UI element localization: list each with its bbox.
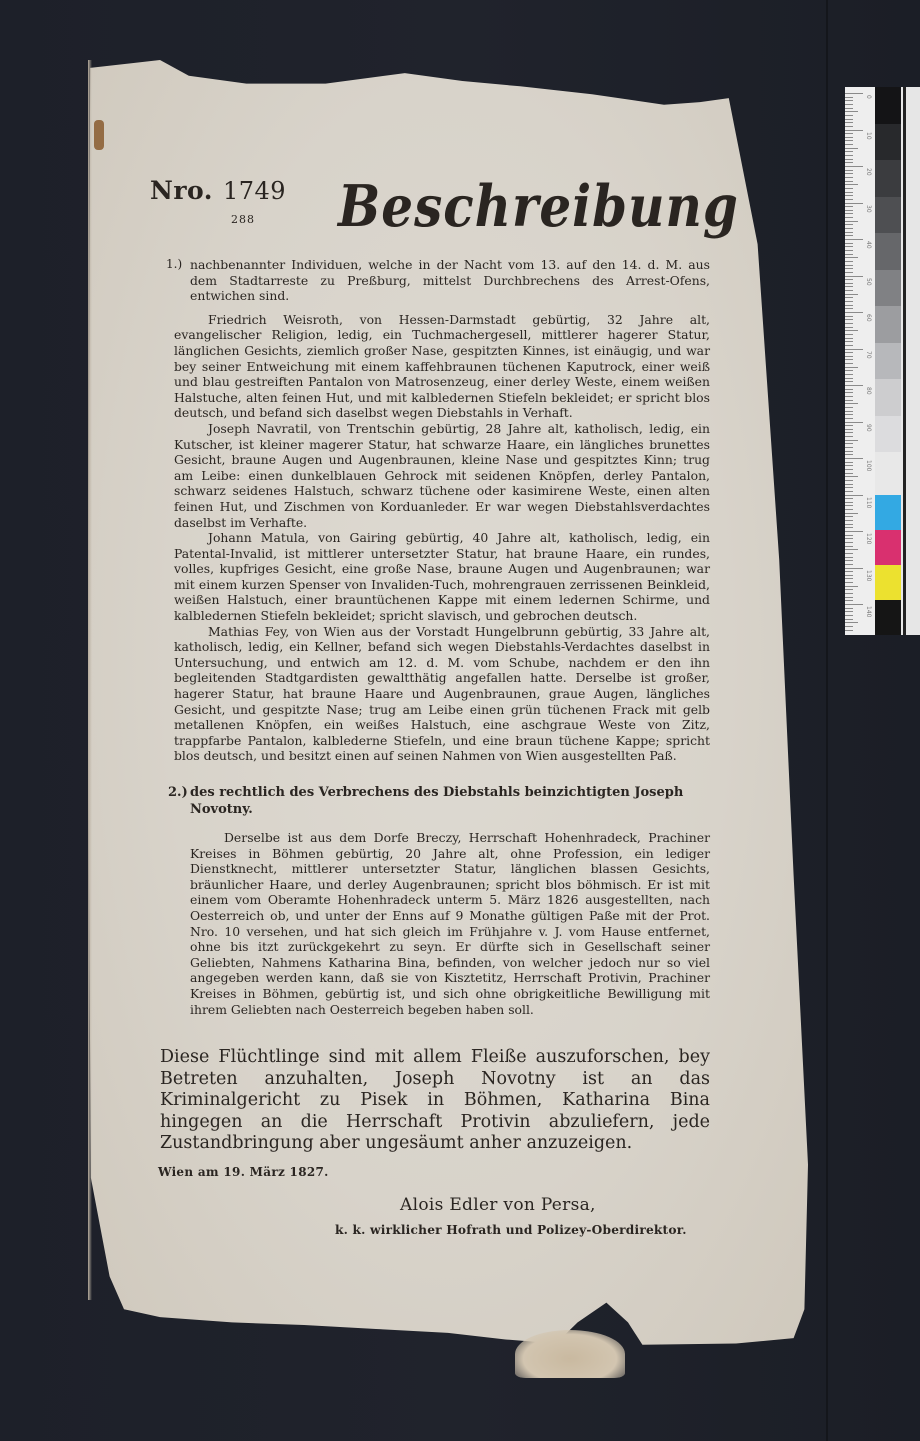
sub-number: 288 [231, 213, 255, 226]
ruler-tick [845, 213, 853, 214]
ruler-tick-label: 40 [865, 241, 872, 249]
gray-patch [875, 233, 901, 270]
ruler-tick [845, 228, 853, 229]
ruler-tick [845, 553, 853, 554]
ruler-tick [845, 283, 853, 284]
ruler-tick [845, 166, 863, 167]
ruler-tick [845, 195, 853, 196]
ruler-tick [845, 575, 853, 576]
ruler-tick [845, 151, 853, 152]
ruler-tick [845, 137, 853, 138]
ruler-tick [845, 224, 853, 225]
ruler-tick [845, 352, 853, 353]
signature-title: k. k. wirklicher Hofrath und Polizey-Obe… [150, 1223, 710, 1237]
ruler-tick [845, 162, 853, 163]
ruler-tick [845, 604, 863, 605]
ruler-tick [845, 418, 853, 419]
ruler-tick [845, 381, 853, 382]
ruler-tick [845, 608, 853, 609]
ruler-tick-label: 70 [865, 351, 872, 359]
ruler-tick-label: 10 [865, 132, 872, 140]
ruler-tick [845, 502, 853, 503]
ruler-tick [845, 564, 853, 565]
ruler-tick [845, 473, 853, 474]
ruler-tick-label: 60 [865, 314, 872, 322]
ruler-tick [845, 235, 853, 236]
ruler-tick [845, 396, 853, 397]
ruler-tick [845, 210, 853, 211]
ruler-tick [845, 400, 853, 401]
ruler-tick [845, 527, 853, 528]
gray-patch [875, 270, 901, 307]
ruler-tick [845, 403, 858, 404]
ruler-tick [845, 297, 853, 298]
document-title: Beschreibung [338, 172, 739, 240]
ruler-tick [845, 126, 853, 127]
ruler-tick [845, 272, 853, 273]
ruler-tick [845, 626, 853, 627]
ruler-tick [845, 330, 858, 331]
backdrop-seam [826, 0, 828, 1441]
ruler-tick [845, 140, 853, 141]
ruler-tick [845, 181, 853, 182]
strip-margin [906, 87, 920, 635]
ruler-tick [845, 524, 853, 525]
ruler-tick [845, 257, 858, 258]
ruler-tick [845, 407, 853, 408]
ruler-tick [845, 305, 853, 306]
water-stain [515, 1330, 625, 1378]
ruler-tick [845, 385, 863, 386]
ruler-tick [845, 243, 853, 244]
ruler-tick [845, 491, 853, 492]
ruler-tick [845, 341, 853, 342]
ruler-tick-label: 90 [865, 424, 872, 432]
number-label: Nro. [150, 176, 213, 205]
ruler-tick-label: 130 [865, 570, 872, 581]
ruler-tick [845, 159, 853, 160]
ruler-tick [845, 425, 853, 426]
ruler-tick [845, 509, 853, 510]
ruler-tick [845, 100, 853, 101]
document-header: Nro.1749 288 Beschreibung [150, 170, 710, 245]
gray-color-patches [875, 87, 901, 635]
ruler-tick-label: 30 [865, 205, 872, 213]
ruler-tick [845, 122, 853, 123]
ruler-tick [845, 495, 863, 496]
ruler-tick [845, 301, 853, 302]
ruler-tick [845, 173, 853, 174]
person-description: Mathias Fey, von Wien aus der Vorstadt H… [174, 624, 710, 764]
ruler-tick [845, 155, 853, 156]
ruler-tick [845, 451, 853, 452]
ruler-tick-label: 50 [865, 278, 872, 286]
black-patch [875, 600, 901, 635]
ruler-tick-label: 140 [865, 606, 872, 617]
cyan-patch [875, 495, 901, 530]
gray-patch [875, 379, 901, 416]
ruler-tick [845, 454, 853, 455]
ruler-tick [845, 586, 858, 587]
ruler-tick [845, 411, 853, 412]
paper-edge-shadow [88, 60, 92, 1300]
ruler-tick [845, 279, 853, 280]
ruler-tick [845, 334, 853, 335]
ruler-tick [845, 465, 853, 466]
magenta-patch [875, 530, 901, 565]
ruler-tick [845, 436, 853, 437]
person-description: Friedrich Weisroth, von Hessen-Darmstadt… [174, 312, 710, 421]
ruler-tick [845, 111, 858, 112]
section-2-heading-text: des rechtlich des Verbrechens des Diebst… [190, 784, 710, 818]
ruler-tick [845, 308, 853, 309]
ruler-tick [845, 184, 858, 185]
ruler-tick [845, 582, 853, 583]
ruler-tick [845, 513, 858, 514]
ruler-tick [845, 199, 853, 200]
ruler-tick-label: 100 [865, 460, 872, 471]
ruler-tick [845, 597, 853, 598]
ruler-tick [845, 487, 853, 488]
section-2-number: 2.) [150, 784, 190, 818]
closing-instruction: Diese Flüchtlinge sind mit allem Fleiße … [150, 1047, 710, 1155]
section-2-body: Derselbe ist aus dem Dorfe Breczy, Herrs… [150, 830, 710, 1017]
ruler-tick [845, 520, 853, 521]
section-1-persons: Friedrich Weisroth, von Hessen-Darmstadt… [150, 312, 710, 764]
ruler-tick [845, 170, 853, 171]
ruler-tick [845, 389, 853, 390]
section-1-number: 1.) [150, 257, 190, 304]
ruler-tick [845, 217, 853, 218]
ruler-tick [845, 619, 853, 620]
ruler-scale: 0102030405060708090100110120130140 [845, 87, 875, 635]
ruler-tick [845, 338, 853, 339]
ruler-tick [845, 93, 863, 94]
ruler-tick [845, 622, 858, 623]
ruler-tick [845, 246, 853, 247]
ruler-tick [845, 615, 853, 616]
ruler-tick [845, 232, 853, 233]
ruler-tick [845, 367, 858, 368]
ruler-tick [845, 571, 853, 572]
gray-patch [875, 343, 901, 380]
ruler-tick [845, 531, 863, 532]
ruler-tick [845, 516, 853, 517]
ruler-tick [845, 203, 863, 204]
ruler-tick-label: 110 [865, 497, 872, 508]
ruler-tick [845, 538, 853, 539]
ruler-tick [845, 115, 853, 116]
ruler-tick [845, 414, 853, 415]
signature-name: Alois Edler von Persa, [150, 1195, 710, 1215]
document-number: Nro.1749 [150, 176, 286, 205]
ruler-tick [845, 188, 853, 189]
ruler-tick [845, 549, 858, 550]
person-description: Johann Matula, von Gairing gebürtig, 40 … [174, 530, 710, 624]
ruler-tick [845, 323, 853, 324]
ruler-tick [845, 443, 853, 444]
gray-patch [875, 197, 901, 234]
ruler-tick [845, 476, 858, 477]
ruler-tick [845, 505, 853, 506]
ruler-tick-label: 80 [865, 387, 872, 395]
ruler-tick [845, 268, 853, 269]
ruler-tick [845, 261, 853, 262]
number-value: 1749 [223, 177, 286, 205]
gray-patch [875, 124, 901, 161]
ruler-tick [845, 422, 863, 423]
document-body: Nro.1749 288 Beschreibung 1.) nachbenann… [150, 170, 710, 1237]
ruler-tick [845, 560, 853, 561]
ruler-tick [845, 440, 858, 441]
ruler-tick [845, 294, 858, 295]
ruler-tick-label: 20 [865, 168, 872, 176]
yellow-patch [875, 565, 901, 600]
ruler-tick [845, 578, 853, 579]
ruler-tick [845, 469, 853, 470]
ruler-tick [845, 192, 853, 193]
ruler-tick [845, 378, 853, 379]
ruler-tick [845, 557, 853, 558]
ruler-tick [845, 374, 853, 375]
ruler-tick [845, 250, 853, 251]
ruler-tick [845, 392, 853, 393]
section-2-heading: 2.) des rechtlich des Verbrechens des Di… [150, 784, 710, 818]
ruler-tick [845, 133, 853, 134]
ruler-tick [845, 265, 853, 266]
ruler-tick [845, 148, 858, 149]
ruler-tick [845, 290, 853, 291]
section-1-intro-text: nachbenannter Individuen, welche in der … [190, 257, 710, 304]
ruler-tick [845, 568, 863, 569]
gray-patch [875, 160, 901, 197]
ruler-tick [845, 546, 853, 547]
ruler-tick [845, 498, 853, 499]
person-description: Joseph Navratil, von Trentschin gebürtig… [174, 421, 710, 530]
ruler-tick [845, 480, 853, 481]
ruler-tick [845, 600, 853, 601]
ruler-tick [845, 370, 853, 371]
ruler-tick [845, 611, 853, 612]
ruler-tick [845, 589, 853, 590]
ruler-tick [845, 462, 853, 463]
ruler-tick [845, 221, 858, 222]
ruler-tick [845, 593, 853, 594]
section-1-intro: 1.) nachbenannter Individuen, welche in … [150, 257, 710, 304]
ruler-tick [845, 177, 853, 178]
ruler-tick [845, 312, 863, 313]
ruler-tick [845, 542, 853, 543]
ruler-tick [845, 254, 853, 255]
ruler-tick [845, 359, 853, 360]
ruler-tick [845, 447, 853, 448]
ruler-tick-label: 120 [865, 533, 872, 544]
color-calibration-strip: 0102030405060708090100110120130140 [845, 87, 920, 635]
ruler-tick [845, 345, 853, 346]
ruler-tick [845, 458, 863, 459]
ruler-tick [845, 349, 863, 350]
ruler-tick [845, 429, 853, 430]
ruler-tick [845, 484, 853, 485]
ruler-tick [845, 316, 853, 317]
ruler-tick [845, 535, 853, 536]
ruler-tick [845, 97, 853, 98]
ruler-tick [845, 119, 853, 120]
ruler-tick [845, 104, 853, 105]
section-2-text: Derselbe ist aus dem Dorfe Breczy, Herrs… [190, 830, 710, 1017]
dateline: Wien am 19. März 1827. [150, 1165, 710, 1179]
ruler-tick [845, 327, 853, 328]
gray-patch [875, 416, 901, 453]
ruler-tick [845, 206, 853, 207]
ruler-tick [845, 130, 863, 131]
ruler-tick [845, 286, 853, 287]
ruler-tick [845, 276, 863, 277]
ruler-tick [845, 319, 853, 320]
ruler-tick [845, 363, 853, 364]
ruler-tick [845, 108, 853, 109]
ruler-tick [845, 432, 853, 433]
gray-patch [875, 87, 901, 124]
ruler-tick-label: 0 [865, 95, 872, 99]
ruler-tick [845, 356, 853, 357]
rust-stain [94, 120, 104, 150]
ruler-tick [845, 630, 853, 631]
gray-patch [875, 306, 901, 343]
ruler-tick [845, 144, 853, 145]
ruler-tick [845, 239, 863, 240]
